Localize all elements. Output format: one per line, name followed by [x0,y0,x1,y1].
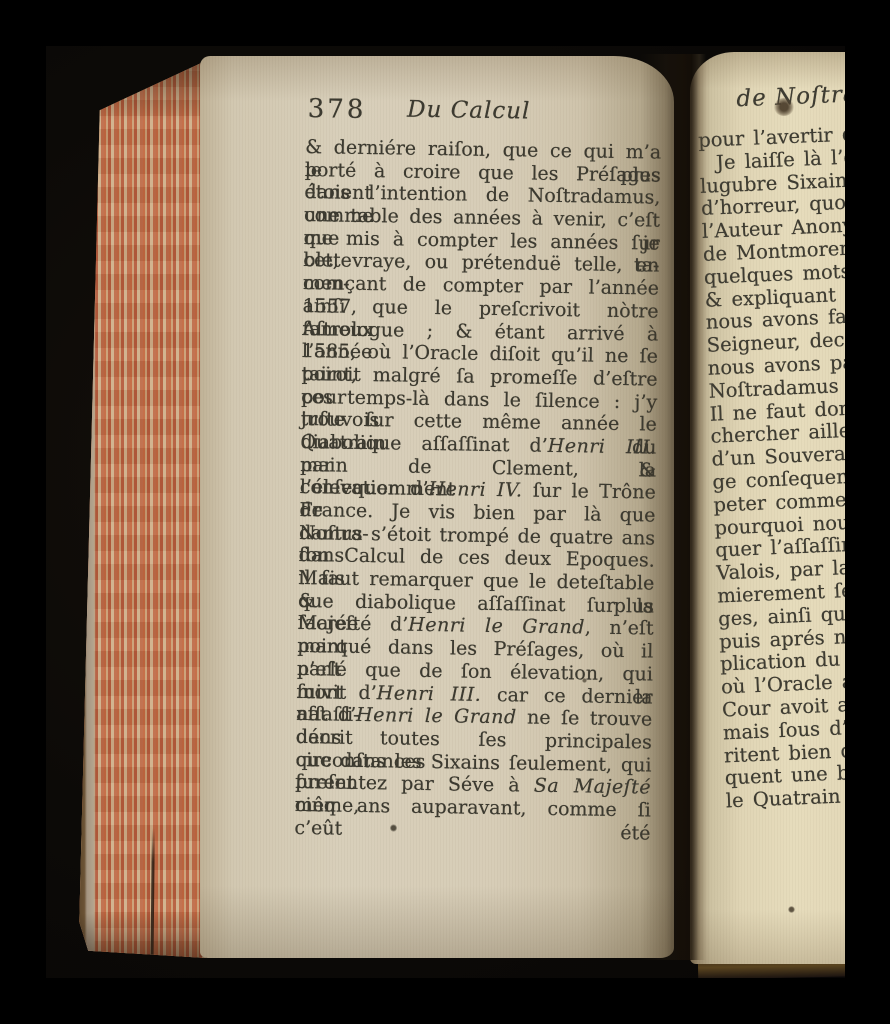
left-page-header: 378 Du Calcul [305,94,662,140]
page-edge-crease [150,828,155,978]
scan-mat: 378 Du Calcul & derniére raiſon, que ce … [0,0,890,1024]
left-page-text: 378 Du Calcul & derniére raiſon, que ce … [295,94,662,822]
photo-area: 378 Du Calcul & derniére raiſon, que ce … [46,46,845,978]
text-line: cinq ans auparavant, comme ſi c’eût été [295,794,651,822]
running-header-left: Du Calcul [306,95,632,126]
left-page-body: & derniére raiſon, que ce qui m’a le plu… [295,136,662,822]
book-fore-edge [78,58,206,958]
